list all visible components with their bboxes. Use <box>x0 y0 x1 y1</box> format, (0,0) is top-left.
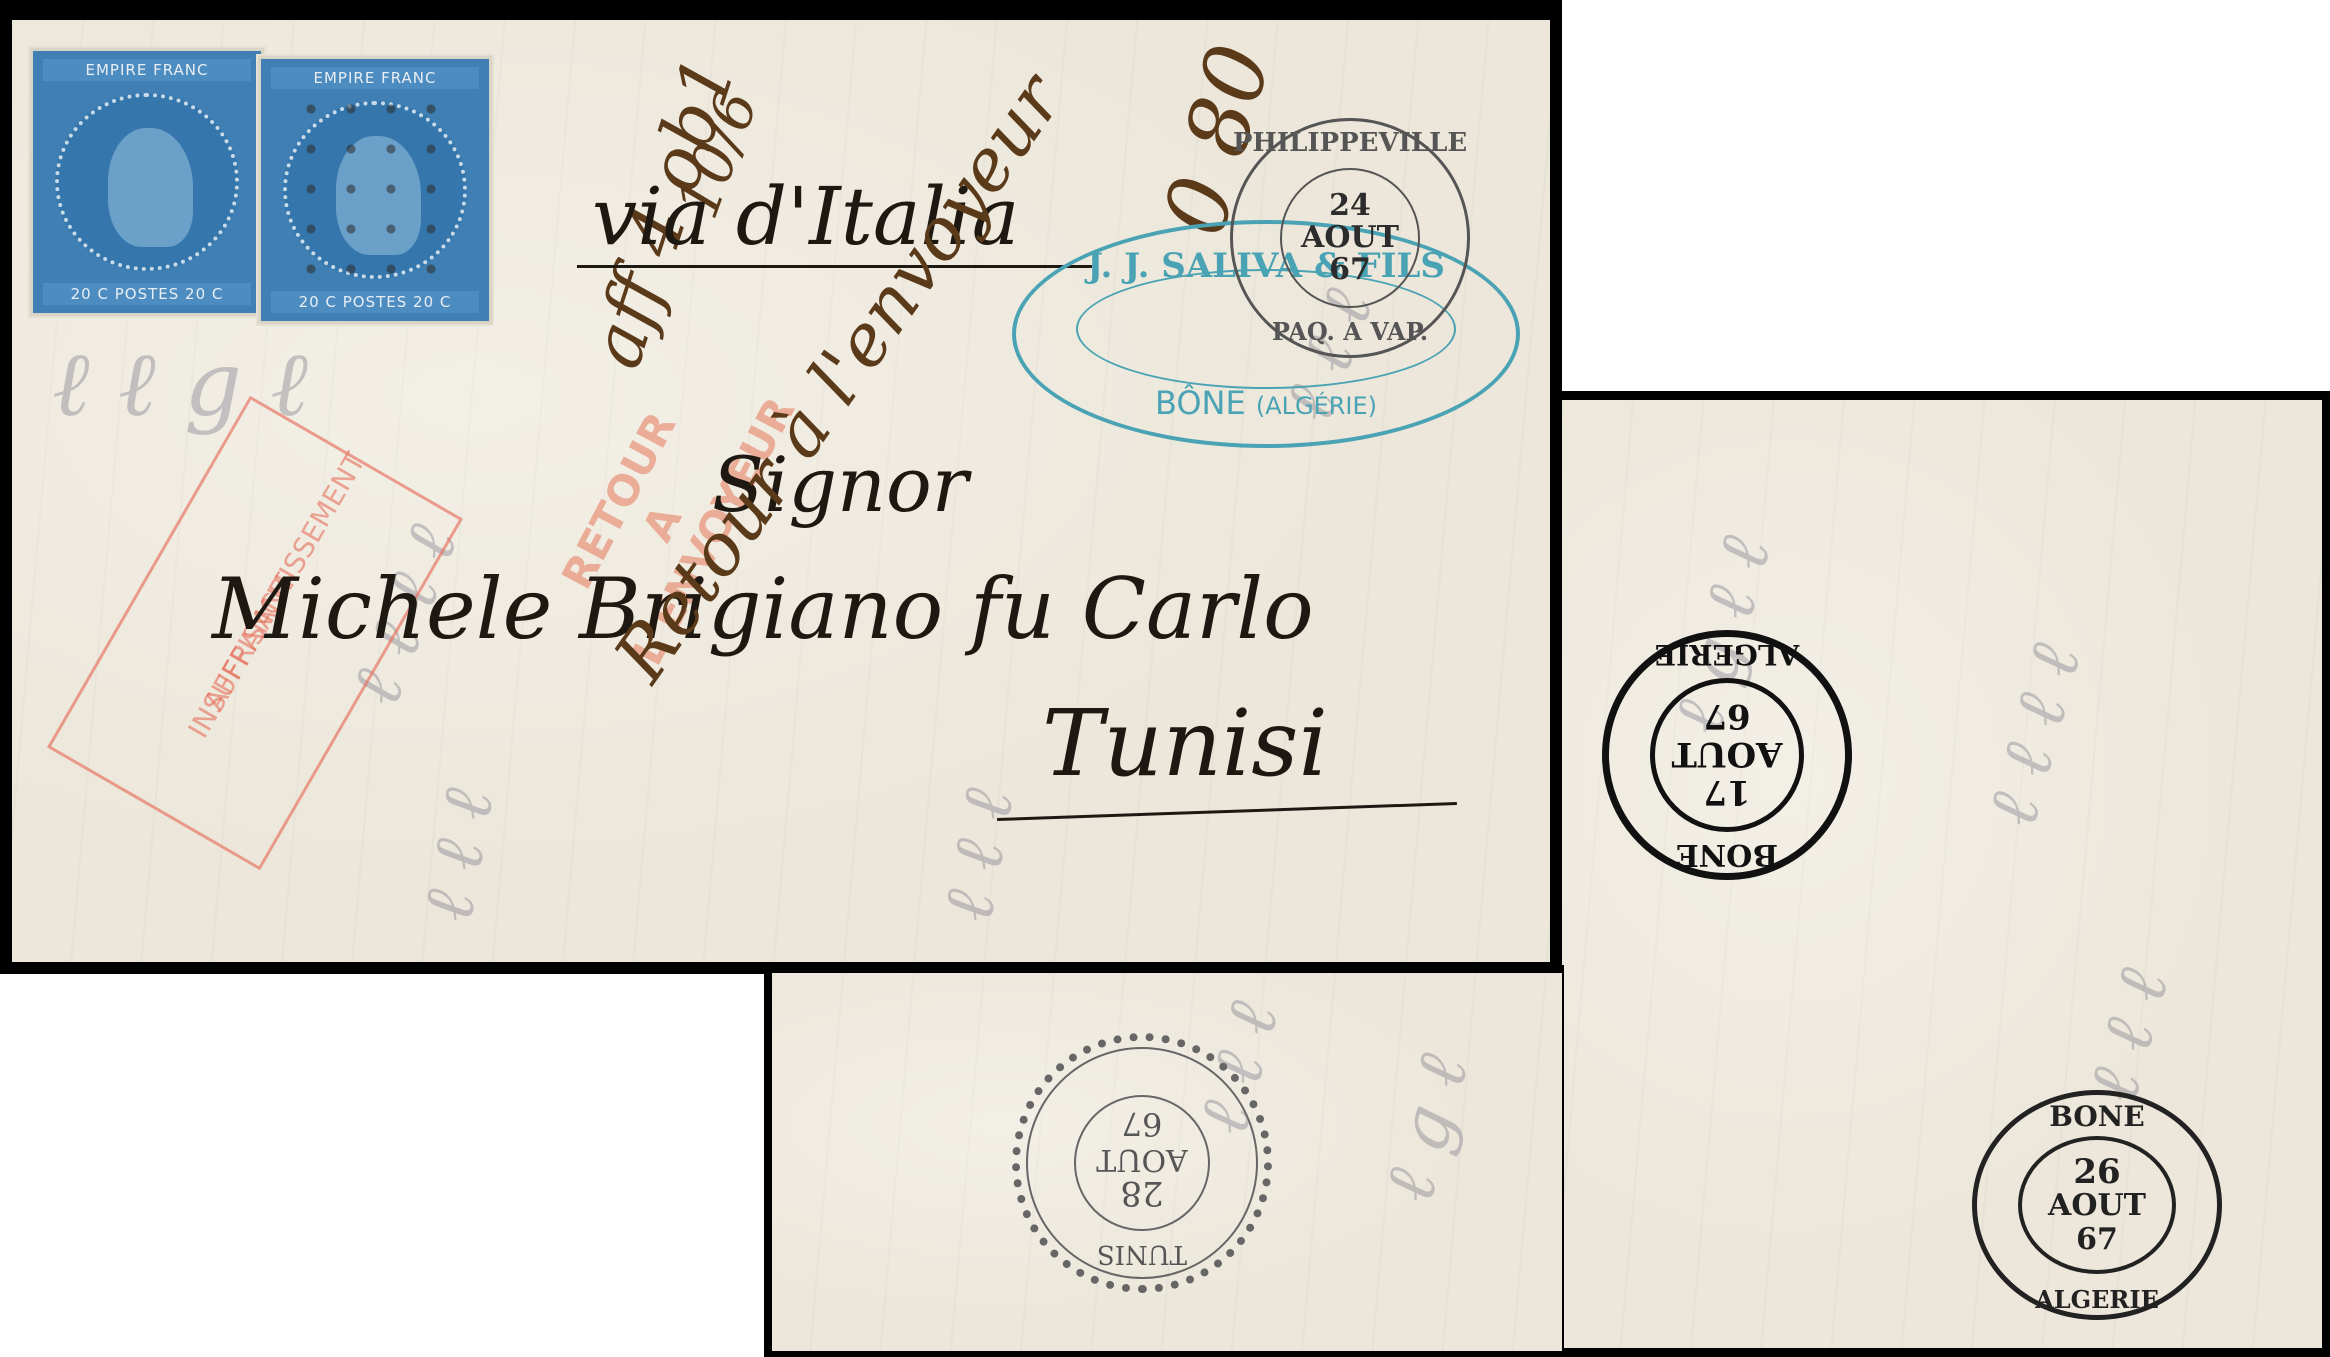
cancel-month: AOUT <box>1012 1142 1272 1177</box>
postmark-day: 24 <box>1230 188 1470 223</box>
cover-back-right-frame: ℓ g ℓ ℓ ℓ ℓ ℓ ℓ ℓ ℓ ℓ BONE 17 AOUT 67 AL… <box>1554 391 2330 1357</box>
postmark-town: PHILIPPEVILLE <box>1230 128 1470 158</box>
cancel-region: ALGERIE <box>1972 1285 2222 1314</box>
postmark-year: 67 <box>1230 252 1470 287</box>
bleed-through-writing: ℓ ℓ ℓ ℓ <box>1976 637 2091 832</box>
cover-back-right: ℓ g ℓ ℓ ℓ ℓ ℓ ℓ ℓ ℓ ℓ BONE 17 AOUT 67 AL… <box>1562 400 2322 1348</box>
cancel-month: AOUT <box>1602 734 1852 774</box>
postage-stamp: EMPIRE FRANC 20 C POSTES 20 C <box>258 56 492 324</box>
underline <box>577 265 1092 268</box>
postmark-month: AOUT <box>1230 220 1470 255</box>
address-city: Tunisi <box>1042 690 1328 797</box>
cover-back-bottom: ℓ ℓ ℓ ℓ g ℓ TUNIS 28 AOUT 67 <box>772 973 1562 1351</box>
cover-front-frame: ℓ ℓ g ℓ ℓ ℓ ℓ ℓ ℓ ℓ ℓ ℓ ℓ ℓ ℓ ℓ ℓ EMPIRE… <box>0 0 1562 974</box>
dotted-cancel-icon <box>291 89 459 291</box>
stamp-value-label: 20 C POSTES 20 C <box>271 291 479 313</box>
sender-region: (ALGÉRIE) <box>1256 392 1377 420</box>
addressee-name: Michele Brigiano fu Carlo <box>212 560 1314 658</box>
cancel-town: BONE <box>1972 1100 2222 1133</box>
cover-front: ℓ ℓ g ℓ ℓ ℓ ℓ ℓ ℓ ℓ ℓ ℓ ℓ ℓ ℓ ℓ ℓ EMPIRE… <box>12 20 1550 962</box>
cancel-town: TUNIS <box>1012 1239 1272 1269</box>
portrait-medallion <box>55 93 239 271</box>
cancel-region: ALGERIE <box>1602 638 1852 671</box>
cancel-year: 67 <box>1602 696 1852 736</box>
cancel-year: 67 <box>1012 1105 1272 1143</box>
bone-departure-cancel: BONE 26 AOUT 67 ALGERIE <box>1972 1090 2222 1320</box>
cancel-town: BONE <box>1602 837 1852 872</box>
stamp-top-label: EMPIRE FRANC <box>43 59 251 81</box>
bleed-through-writing: ℓ g ℓ <box>1373 1048 1479 1209</box>
bleed-through-writing: ℓ ℓ ℓ <box>932 784 1024 926</box>
underline <box>997 802 1457 821</box>
cancel-day: 26 <box>1972 1152 2222 1192</box>
philippeville-postmark: PHILIPPEVILLE 24 AOUT 67 PAQ. A VAP. <box>1230 118 1470 358</box>
cover-back-bottom-frame: ℓ ℓ ℓ ℓ g ℓ TUNIS 28 AOUT 67 <box>764 965 1564 1357</box>
bleed-through-writing: ℓ ℓ ℓ <box>412 784 504 926</box>
cancel-day: 28 <box>1012 1173 1272 1213</box>
bleed-through-writing: ℓ ℓ ℓ <box>2077 962 2179 1108</box>
cancel-year: 67 <box>1972 1222 2222 1257</box>
cancel-day: 17 <box>1602 772 1852 812</box>
postmark-bottom-text: PAQ. A VAP. <box>1230 317 1470 346</box>
stamp-top-label: EMPIRE FRANC <box>271 67 479 89</box>
tunis-arrival-cancel: TUNIS 28 AOUT 67 <box>1012 1033 1272 1293</box>
sender-place: BÔNE <box>1155 384 1246 422</box>
bone-transit-cancel: BONE 17 AOUT 67 ALGERIE <box>1602 630 1852 880</box>
postage-stamp: EMPIRE FRANC 20 C POSTES 20 C <box>30 48 264 316</box>
portrait-icon <box>108 128 192 247</box>
cancel-month: AOUT <box>1972 1188 2222 1223</box>
stamp-value-label: 20 C POSTES 20 C <box>43 283 251 305</box>
